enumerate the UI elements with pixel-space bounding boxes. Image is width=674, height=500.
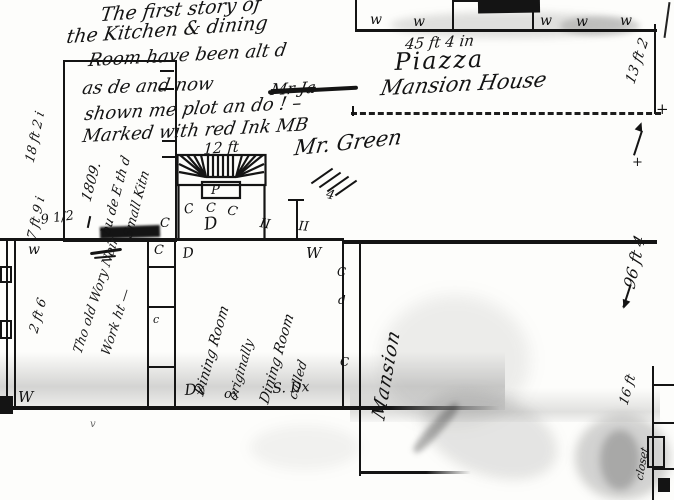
signature-mr-green: Mr. Green	[293, 127, 403, 160]
right-exterior-wall	[652, 366, 654, 500]
window-mark: w	[28, 243, 40, 257]
tick-mark	[352, 106, 354, 116]
page-edge-mark	[664, 2, 671, 38]
closet-mark: C	[340, 356, 349, 368]
door-jamb-tick	[162, 140, 176, 142]
window-mark: w	[540, 14, 552, 28]
chimney-bump	[0, 320, 12, 339]
dining-room-right-wall	[342, 238, 344, 408]
main-front-wall-left	[0, 238, 343, 241]
chimney-bump	[0, 266, 12, 283]
window-mark: w	[620, 14, 632, 28]
main-back-wall	[0, 406, 500, 410]
left-offset-dimension: 2 ft 6	[28, 296, 49, 335]
faint-mark: v	[90, 420, 96, 430]
left-exterior-wall-inner	[14, 238, 16, 408]
dimension-arrow-line-top	[633, 130, 643, 155]
scanned-floor-plan-document: w w w w w 45 ft 4 in Piazza Mansion Hous…	[0, 0, 674, 500]
closet-column-wall-right	[174, 238, 176, 408]
left-wall-upper-dimension: 18 ft 2 i	[24, 110, 47, 165]
squiggle-mark: 4	[325, 188, 336, 203]
stain-bottom-left	[250, 425, 360, 470]
door-mark: S. Dx	[272, 380, 310, 396]
piazza-depth-dimension: 13 ft 2	[624, 36, 651, 86]
left-room-note-line: Work ht —	[100, 286, 133, 358]
main-front-wall-right	[343, 240, 657, 244]
closet-column-divider	[147, 366, 176, 368]
dimension-arrowhead-bottom	[620, 299, 631, 310]
closet-mark: C	[154, 244, 164, 257]
closet-column-divider	[147, 306, 176, 308]
closet-mark: C	[337, 266, 346, 278]
door-mark: Dx	[184, 382, 205, 398]
passage-label: P	[211, 184, 220, 197]
right-wall-tick	[652, 468, 674, 470]
mansion-bottom-wall	[359, 471, 471, 474]
wall-corner-ink-blob	[0, 396, 13, 414]
dimension-arrowhead-top	[635, 121, 646, 132]
plus-mark: +	[656, 102, 669, 117]
door-jamb-tick	[162, 156, 176, 158]
right-wall-tick	[652, 384, 674, 386]
window-mark: W	[18, 390, 33, 405]
door-mark: D	[203, 215, 219, 234]
door-mark: D	[182, 246, 195, 261]
closet-mark: C	[183, 202, 195, 217]
dashed-boundary-line	[351, 112, 661, 115]
plus-mark: +	[632, 156, 643, 169]
closet-mark-small: c	[153, 314, 159, 325]
window-mark: w	[576, 15, 588, 29]
hatch-mark: II	[259, 217, 271, 232]
hatch-mark: II	[298, 220, 309, 234]
window-mark: w	[413, 15, 425, 29]
closet-mark: C	[160, 217, 170, 230]
piazza-label: Piazza	[394, 47, 485, 74]
staircase	[176, 152, 268, 242]
right-wall-tick	[652, 422, 674, 424]
window-mark: W	[306, 246, 321, 261]
vestibule-tick	[288, 199, 304, 201]
corner-ink-mark	[658, 478, 670, 492]
piazza-step-ink-blob	[478, 0, 540, 14]
closet-column-wall-left	[147, 238, 149, 408]
piazza-left-wall	[355, 0, 357, 31]
closet-column-divider	[147, 266, 176, 268]
door-jamb-tick	[160, 88, 174, 90]
door-jamb-tick	[160, 70, 174, 72]
window-mark: w	[370, 13, 382, 27]
stain-bottom-right-dark	[600, 430, 640, 490]
opening-mark: ox	[224, 388, 239, 401]
hatch-stroke	[311, 168, 333, 185]
door-mark-small: d	[338, 294, 346, 306]
mansion-left-wall	[359, 240, 361, 476]
